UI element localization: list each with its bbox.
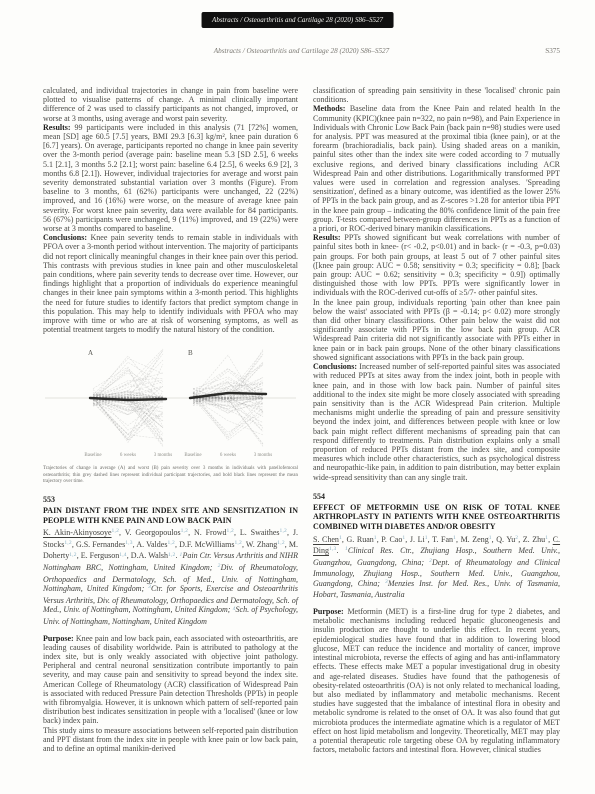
section-label: Purpose: [313,607,347,616]
section-label: Results: [43,123,74,132]
section-label: Purpose: [43,634,76,643]
affiliation-superscript: 2 [429,558,432,564]
paragraph: Results: 99 participants were included i… [43,123,298,233]
author-affiliation-superscript: 1 [453,535,456,541]
author-name: Q. Yu [496,535,515,544]
affiliation-superscript: 3 [385,579,388,585]
section-label: Conclusions: [313,362,359,371]
page-number: S375 [545,47,560,55]
author-name: K. Akin-Akinyosoye [43,528,112,537]
author-name: Z. Zhu [523,535,545,544]
author-name: G. Ruan [346,535,373,544]
abstract-553-body-right: classification of spreading pain sensiti… [313,86,560,482]
author-name: A. Valdes [136,540,167,549]
section-label: Conclusions: [43,233,91,242]
paragraph: Methods: Baseline data from the Knee Pai… [313,104,560,233]
header-banner-text: Abstracts / Osteoarthritis and Cartilage… [212,16,383,24]
author-affiliation-superscript: 1,4 [119,552,126,558]
x-axis-tick-label: 6 weeks [220,453,236,458]
panel-label: A [88,349,93,357]
paragraph: Conclusions: Knee pain severity tends to… [43,233,298,334]
author-affiliation-superscript: 1 [339,535,342,541]
running-head-text: Abstracts / Osteoarthritis and Cartilage… [43,47,560,55]
author-affiliation-superscript: 1,2 [168,552,175,558]
affiliation-superscript: 4 [233,606,236,612]
left-column: calculated, and individual trajectories … [43,86,298,753]
author-name: N. Frowd [194,528,227,537]
figure-caption: Trajectories of change in average (A) an… [43,466,298,485]
author-affiliation-superscript: 1 [425,535,428,541]
figure-svg: ABaseline6 weeks3 monthsBBaseline6 weeks… [43,343,298,463]
abstract-554-title: EFFECT OF METFORMIN USE ON RISK OF TOTAL… [313,503,560,532]
author-name: L. Swaithes [240,528,280,537]
section-label: Results: [313,233,344,242]
figure: ABaseline6 weeks3 monthsBBaseline6 weeks… [43,343,298,485]
author-name: J. Li [410,535,425,544]
paragraph: Conclusions: Increased number of self-re… [313,362,560,482]
affiliation-superscript: 3 [148,584,151,590]
author-affiliation-superscript: 1 [374,535,377,541]
paragraph: In the knee pain group, individuals repo… [313,298,560,362]
paragraph: Purpose: Metformin (MET) is a first-line… [313,607,560,754]
journal-page: Abstracts / Osteoarthritis and Cartilage… [0,0,595,794]
author-affiliation-superscript: 1 [402,535,405,541]
two-column-body: calculated, and individual trajectories … [43,86,560,754]
panel-label: B [188,349,193,357]
author-name: W. Zhang [246,540,277,549]
author-affiliation-superscript: 1,3 [329,546,336,552]
author-name: S. Chen [313,535,339,544]
author-name: T. Fan [432,535,453,544]
affiliation-superscript: 1 [180,552,183,558]
abstract-553-body-left: Purpose: Knee pain and low back pain, ea… [43,634,298,754]
author-name: M. Zeng [461,535,489,544]
author-name: D.A. Walsh [131,551,168,560]
author-affiliation-superscript: 1 [489,535,492,541]
abstract-553-authors-affiliations: K. Akin-Akinyosoye1,2, V. Georgopoulos1,… [43,528,298,626]
abstract-553-title: PAIN DISTANT FROM THE INDEX SITE AND SEN… [43,506,298,525]
spaghetti-plot: ABaseline6 weeks3 monthsBBaseline6 weeks… [43,343,298,463]
author-affiliation-superscript: 1,2 [227,528,234,534]
author-affiliation-superscript: 1,2 [280,528,287,534]
header-banner: Abstracts / Osteoarthritis and Cartilage… [201,12,394,28]
author-name: P. Cao [381,535,402,544]
author-name: E. Ferguson [81,551,120,560]
participant-trajectory-line [193,354,263,399]
abstract-553-number: 553 [43,495,298,505]
author-affiliation-superscript: 1,2 [112,528,119,534]
paragraph: classification of spreading pain sensiti… [313,86,560,104]
paragraph: Results: PPTs showed significant but wea… [313,233,560,297]
author-name: D.F. McWilliams [179,540,234,549]
x-axis-tick-label: 3 months [154,453,173,458]
right-column: classification of spreading pain sensiti… [313,86,560,754]
author-affiliation-superscript: 1,2 [234,540,241,546]
affiliation-superscript: 2 [218,563,221,569]
author-name: V. Georgopoulos [125,528,181,537]
author-affiliation-superscript: 1,3 [125,540,132,546]
author-affiliation-superscript: 1,2 [181,528,188,534]
x-axis-tick-label: Baseline [84,453,102,458]
affiliation-superscript: 1 [345,546,348,552]
x-axis-tick-label: 6 weeks [120,453,136,458]
running-head: Abstracts / Osteoarthritis and Cartilage… [43,47,560,55]
author-affiliation-superscript: 2 [515,535,518,541]
author-affiliation-superscript: 1,2 [167,540,174,546]
paragraph: calculated, and individual trajectories … [43,86,298,123]
abstract-554-body: Purpose: Metformin (MET) is a first-line… [313,607,560,754]
paragraph: Purpose: Knee pain and low back pain, ea… [43,634,298,726]
x-axis-tick-label: 3 months [254,453,273,458]
abstract-554-number: 554 [313,492,560,502]
paragraph: This study aims to measure associations … [43,726,298,754]
author-affiliation-superscript: 1,2 [69,552,76,558]
abstract-554-authors-affiliations: S. Chen1, G. Ruan1, P. Cao1, J. Li1, T. … [313,535,560,601]
abstract-552-continuation: calculated, and individual trajectories … [43,86,298,334]
section-label: Methods: [313,104,350,113]
author-affiliation-superscript: 1,2 [64,540,71,546]
x-axis-tick-label: Baseline [184,453,202,458]
author-affiliation-superscript: 1,2 [277,540,284,546]
author-affiliation-superscript: 1 [545,535,548,541]
author-name: G.S. Fernandes [76,540,125,549]
